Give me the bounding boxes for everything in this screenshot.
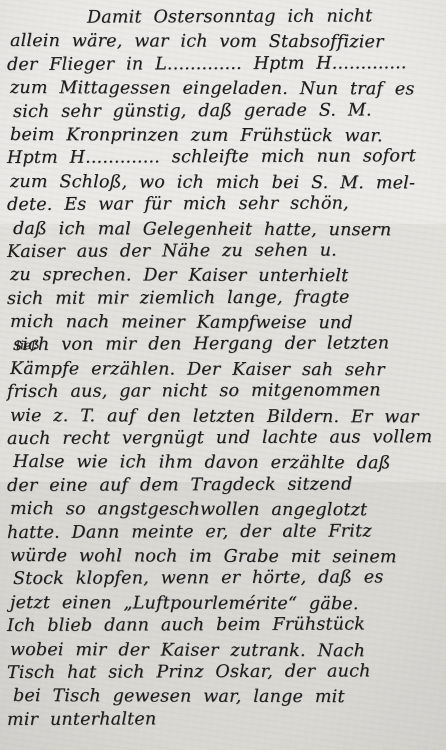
text-line: der Flieger in L............. Hptm H....… xyxy=(7,52,444,77)
text-line: sich mit mir ziemlich lange, fragte xyxy=(7,286,444,311)
text-line: Tisch hat sich Prinz Oskar, der auch xyxy=(7,660,444,685)
inserted-word: ließ xyxy=(16,339,40,352)
text-line: Ich blieb dann auch beim Frühstück xyxy=(7,613,444,638)
text-line: frisch aus, gar nicht so mitgenommen xyxy=(7,379,444,404)
text-line: zum Mittagessen eingeladen. Nun traf es xyxy=(10,77,444,102)
text-line: der eine auf dem Tragdeck sitzend xyxy=(7,473,444,498)
text-line: hatte. Dann meinte er, der alte Fritz xyxy=(7,520,444,545)
manuscript-page: Damit Ostersonntag ich nichtallein wäre,… xyxy=(0,0,446,750)
text-line: dete. Es war für mich sehr schön, xyxy=(7,192,444,217)
manuscript-lines: Damit Ostersonntag ich nichtallein wäre,… xyxy=(7,7,444,750)
text-line: Damit Ostersonntag ich nicht xyxy=(7,5,444,30)
text-line: mir unterhalten xyxy=(7,707,444,732)
text-line: sich sehr günstig, daß gerade S. M. xyxy=(13,99,444,124)
text-line: Stock klopfen, wenn er hörte, daß es xyxy=(13,566,444,591)
text-line: auch recht vergnügt und lachte aus volle… xyxy=(7,426,444,451)
text-line: Kaiser aus der Nähe zu sehen u. xyxy=(7,239,444,264)
text-line: Hptm H............. schleifte mich nun s… xyxy=(7,145,444,170)
text-line: mich so angstgeschwollen angeglotzt xyxy=(10,498,444,523)
text-line: sich von mir den Hergang der letzten xyxy=(13,333,444,358)
